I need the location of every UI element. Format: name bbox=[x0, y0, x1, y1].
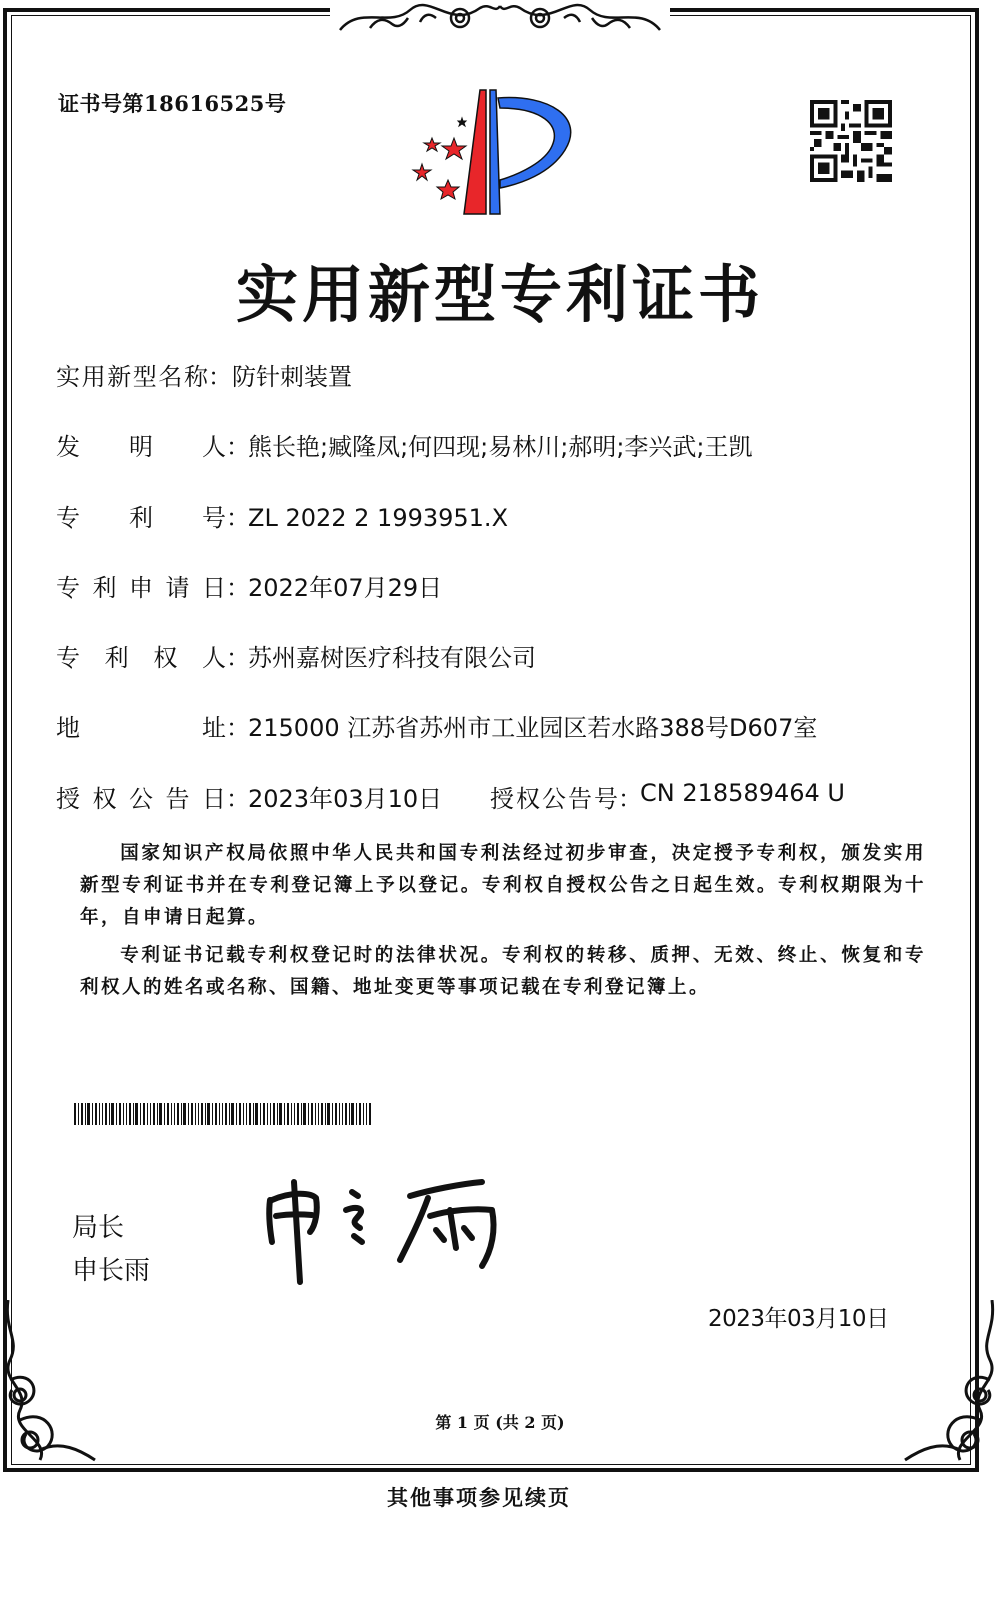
field-colon: ： bbox=[226, 779, 248, 814]
field-label: 专利权人 bbox=[56, 638, 226, 673]
field-patentee: 专利权人 ： 苏州嘉树医疗科技有限公司 bbox=[56, 638, 536, 673]
barcode-icon bbox=[74, 1103, 374, 1125]
field-colon: ： bbox=[226, 498, 248, 533]
field-value: 防针刺装置 bbox=[232, 357, 352, 392]
field-label: 实用新型名称 bbox=[56, 357, 208, 392]
certificate-number: 证书号第18616525号 bbox=[58, 88, 286, 118]
field-colon: ： bbox=[226, 638, 248, 673]
field-value: 2022年07月29日 bbox=[248, 568, 442, 603]
signatory-title: 局长 bbox=[72, 1207, 124, 1244]
field-value: 215000 江苏省苏州市工业园区若水路388号D607室 bbox=[248, 708, 817, 743]
page-indicator: 第 1 页 (共 2 页) bbox=[0, 1410, 1000, 1433]
certificate-title: 实用新型专利证书 bbox=[0, 245, 1000, 334]
cnipa-logo-icon bbox=[400, 88, 580, 218]
ornament-top-icon bbox=[330, 0, 670, 36]
field-grant-announcement-date: 授权公告日 ： 2023年03月10日 bbox=[56, 779, 442, 814]
field-colon: ： bbox=[226, 708, 248, 743]
field-colon: ： bbox=[226, 568, 248, 603]
field-colon: ： bbox=[208, 357, 232, 392]
field-colon: ： bbox=[226, 427, 248, 462]
handwritten-signature-icon bbox=[260, 1170, 520, 1290]
field-label: 授权公告号 bbox=[490, 779, 618, 814]
legal-paragraph-1: 国家知识产权局依照中华人民共和国专利法经过初步审查，决定授予专利权，颁发实用新型… bbox=[80, 838, 926, 934]
qr-code-icon[interactable] bbox=[810, 100, 892, 182]
field-label: 专利申请日 bbox=[56, 568, 226, 603]
field-value: CN 218589464 U bbox=[640, 779, 845, 814]
field-label: 发明人 bbox=[56, 427, 226, 462]
field-label: 授权公告日 bbox=[56, 779, 226, 814]
legal-paragraph-2: 专利证书记载专利权登记时的法律状况。专利权的转移、质押、无效、终止、恢复和专利权… bbox=[80, 940, 926, 1004]
field-inventors: 发明人 ： 熊长艳;臧隆凤;何四现;易林川;郝明;李兴武;王凯 bbox=[56, 427, 753, 462]
field-utility-model-name: 实用新型名称 ： 防针刺装置 bbox=[56, 357, 352, 392]
issue-date: 2023年03月10日 bbox=[708, 1300, 889, 1333]
field-label: 地址 bbox=[56, 708, 226, 743]
field-address: 地址 ： 215000 江苏省苏州市工业园区若水路388号D607室 bbox=[56, 708, 817, 743]
field-patent-number: 专利号 ： ZL 2022 2 1993951.X bbox=[56, 498, 508, 533]
signatory-name: 申长雨 bbox=[72, 1250, 150, 1287]
ornament-bottom-left-icon bbox=[0, 1300, 110, 1470]
field-grant-announcement-number: 授权公告号 ： CN 218589464 U bbox=[490, 779, 845, 814]
footer-note: 其他事项参见续页 bbox=[0, 1482, 958, 1512]
field-colon: ： bbox=[618, 779, 640, 814]
field-application-date: 专利申请日 ： 2022年07月29日 bbox=[56, 568, 442, 603]
field-value: ZL 2022 2 1993951.X bbox=[248, 504, 508, 532]
paragraph-text: 专利证书记载专利权登记时的法律状况。专利权的转移、质押、无效、终止、恢复和专利权… bbox=[80, 945, 926, 998]
ornament-bottom-right-icon bbox=[890, 1300, 1000, 1470]
field-value: 苏州嘉树医疗科技有限公司 bbox=[248, 638, 536, 673]
field-value: 2023年03月10日 bbox=[248, 779, 442, 814]
field-label: 专利号 bbox=[56, 498, 226, 533]
field-value: 熊长艳;臧隆凤;何四现;易林川;郝明;李兴武;王凯 bbox=[248, 427, 753, 462]
paragraph-text: 国家知识产权局依照中华人民共和国专利法经过初步审查，决定授予专利权，颁发实用新型… bbox=[80, 843, 926, 928]
